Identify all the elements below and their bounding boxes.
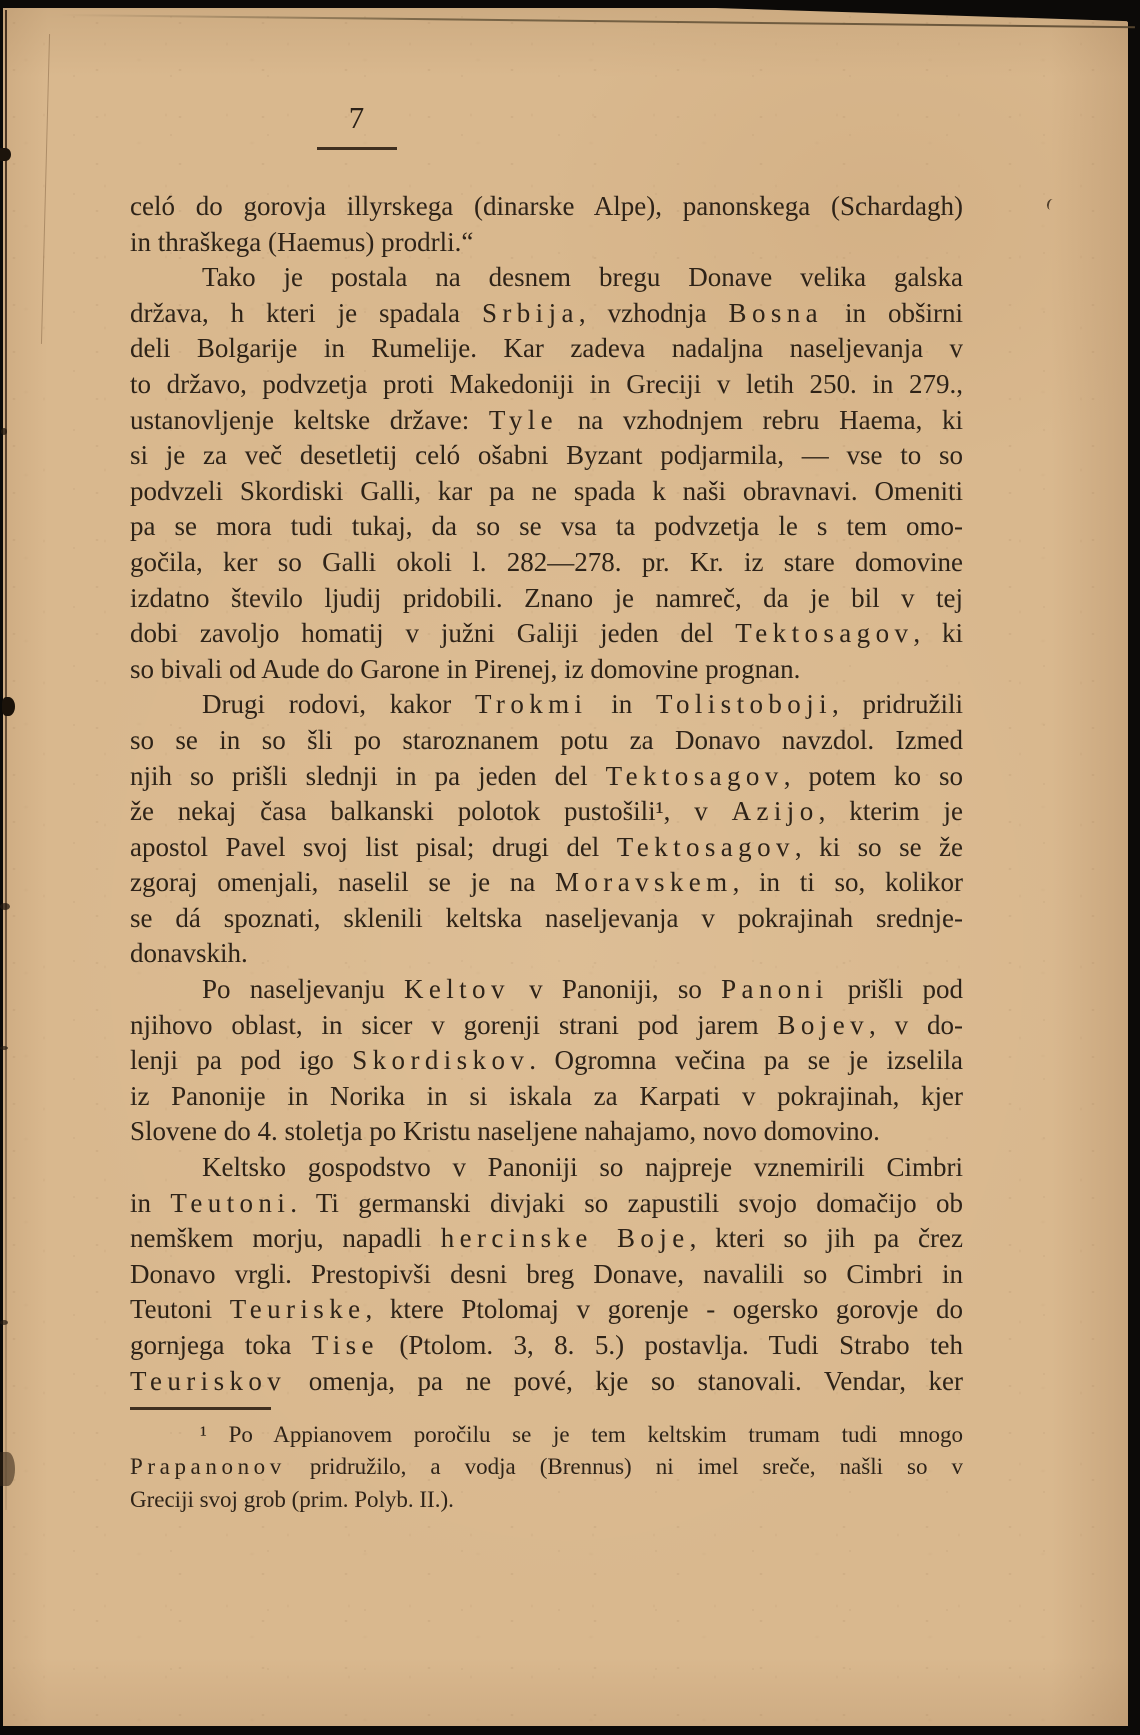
letterspaced-term: Tise	[312, 1330, 379, 1360]
text-line: nemškem morju, napadli hercinske Boje, k…	[130, 1221, 963, 1257]
footnote-rule	[130, 1407, 271, 1410]
page-number-rule	[317, 147, 397, 150]
text-line: Prapanonov pridružilo, a vodja (Brennus)…	[130, 1451, 963, 1483]
ink-stain	[0, 148, 11, 161]
ink-stain	[2, 697, 15, 716]
text-line: Keltsko gospodstvo v Panoniji so najprej…	[130, 1150, 963, 1186]
text-line: Tako je postala na desnem bregu Donave v…	[130, 260, 963, 296]
text-line: so bivali od Aude do Garone in Pirenej, …	[130, 652, 963, 688]
letterspaced-term: Tektosagov	[735, 618, 913, 648]
text-line: Teutoni Teuriske, ktere Ptolomaj v goren…	[130, 1292, 963, 1328]
text-line: že nekaj časa balkanski polotok pustošil…	[130, 794, 963, 830]
text-line: to državo, podvzetja proti Makedoniji in…	[130, 367, 963, 403]
binding-edge-line	[5, 10, 7, 1510]
stray-ink-mark	[1046, 198, 1057, 211]
paper-speck	[0, 903, 10, 910]
paper-speck	[1, 428, 7, 435]
body-text: celó do gorovja illyrskega (dinarske Alp…	[130, 189, 963, 1399]
scan-border-bottom	[0, 1726, 1140, 1735]
text-line: izdatno število ljudij pridobili. Znano …	[130, 581, 963, 617]
text-line: deli Bolgarije in Rumelije. Kar zadeva n…	[130, 331, 963, 367]
page-number: 7	[317, 100, 397, 136]
text-line: pa se mora tudi tukaj, da so se vsa ta p…	[130, 509, 963, 545]
letterspaced-term: Skordiskov	[352, 1045, 529, 1075]
text-line: država, h kteri je spadala Srbija, vzhod…	[130, 296, 963, 332]
letterspaced-term: Bojev	[778, 1010, 870, 1040]
text-line: se dá spoznati, sklenili keltska naselje…	[130, 901, 963, 937]
text-line: Greciji svoj grob (prim. Polyb. II.).	[130, 1484, 963, 1516]
text-line: in thraškega (Haemus) prodrli.“	[130, 225, 963, 261]
text-line: iz Panonije in Norika in si iskala za Ka…	[130, 1079, 963, 1115]
text-line: Po naseljevanju Keltov v Panoniji, so Pa…	[130, 972, 963, 1008]
text-line: Slovene do 4. stoletja po Kristu naselje…	[130, 1114, 963, 1150]
paper-speck	[0, 1046, 8, 1050]
letterspaced-term: Teuriske	[230, 1294, 366, 1324]
text-line: donavskih.	[130, 936, 963, 972]
text-line: si je za več desetletij celó ošabni Byza…	[130, 438, 963, 474]
text-line: celó do gorovja illyrskega (dinarske Alp…	[130, 189, 963, 225]
scan-border-right	[1128, 0, 1140, 1735]
ink-stain	[0, 1452, 15, 1486]
letterspaced-term: Tolistoboji	[656, 689, 832, 719]
text-line: njihovo oblast, in sicer v gorenji stran…	[130, 1008, 963, 1044]
text-line: gočila, ker so Galli okoli l. 282—278. p…	[130, 545, 963, 581]
letterspaced-term: hercinske Boje	[441, 1223, 690, 1253]
paper-speck	[0, 1320, 8, 1325]
letterspaced-term: Keltov	[404, 974, 510, 1004]
scan-viewport: { "page": { "folio": "7", "colors": { "p…	[0, 0, 1140, 1735]
letterspaced-term: Tektosagov	[617, 832, 795, 862]
letterspaced-term: Azijo	[732, 796, 819, 826]
footnote-text: ¹ Po Appianovem poročilu se je tem kelts…	[130, 1419, 963, 1516]
text-line: Drugi rodovi, kakor Trokmi in Tolistoboj…	[130, 687, 963, 723]
text-line: podvzeli Skordiski Galli, kar pa ne spad…	[130, 474, 963, 510]
text-line: gornjega toka Tise (Ptolom. 3, 8. 5.) po…	[130, 1328, 963, 1364]
letterspaced-term: Panoni	[721, 974, 828, 1004]
text-line: ¹ Po Appianovem poročilu se je tem kelts…	[130, 1419, 963, 1451]
letterspaced-term: Bosna	[729, 298, 824, 328]
text-line: zgoraj omenjali, naselil se je na Moravs…	[130, 865, 963, 901]
letterspaced-term: Moravskem	[555, 867, 733, 897]
text-line: lenji pa pod igo Skordiskov. Ogromna več…	[130, 1043, 963, 1079]
letterspaced-term: Prapanonov	[130, 1454, 286, 1479]
letterspaced-term: Teutoni	[170, 1188, 290, 1218]
letterspaced-term: Srbija	[482, 298, 579, 328]
scanned-page: 7 celó do gorovja illyrskega (dinarske A…	[3, 8, 1130, 1726]
text-line: Donavo vrgli. Prestopivši desni breg Don…	[130, 1257, 963, 1293]
text-line: apostol Pavel svoj list pisal; drugi del…	[130, 830, 963, 866]
text-line: njih so prišli slednji in pa jeden del T…	[130, 759, 963, 795]
text-line: in Teutoni. Ti germanski divjaki so zapu…	[130, 1186, 963, 1222]
text-line: Teuriskov omenja, pa ne pové, kje so sta…	[130, 1364, 963, 1400]
paper-crease	[41, 34, 50, 344]
text-line: ustanovljenje keltske države: Tyle na vz…	[130, 403, 963, 439]
letterspaced-term: Tyle	[489, 405, 558, 435]
text-line: so se in so šli po staroznanem potu za D…	[130, 723, 963, 759]
letterspaced-term: Tektosagov	[606, 761, 784, 791]
text-line: dobi zavoljo homatij v južni Galiji jede…	[130, 616, 963, 652]
letterspaced-term: Trokmi	[475, 689, 587, 719]
letterspaced-term: Teuriskov	[130, 1366, 286, 1396]
